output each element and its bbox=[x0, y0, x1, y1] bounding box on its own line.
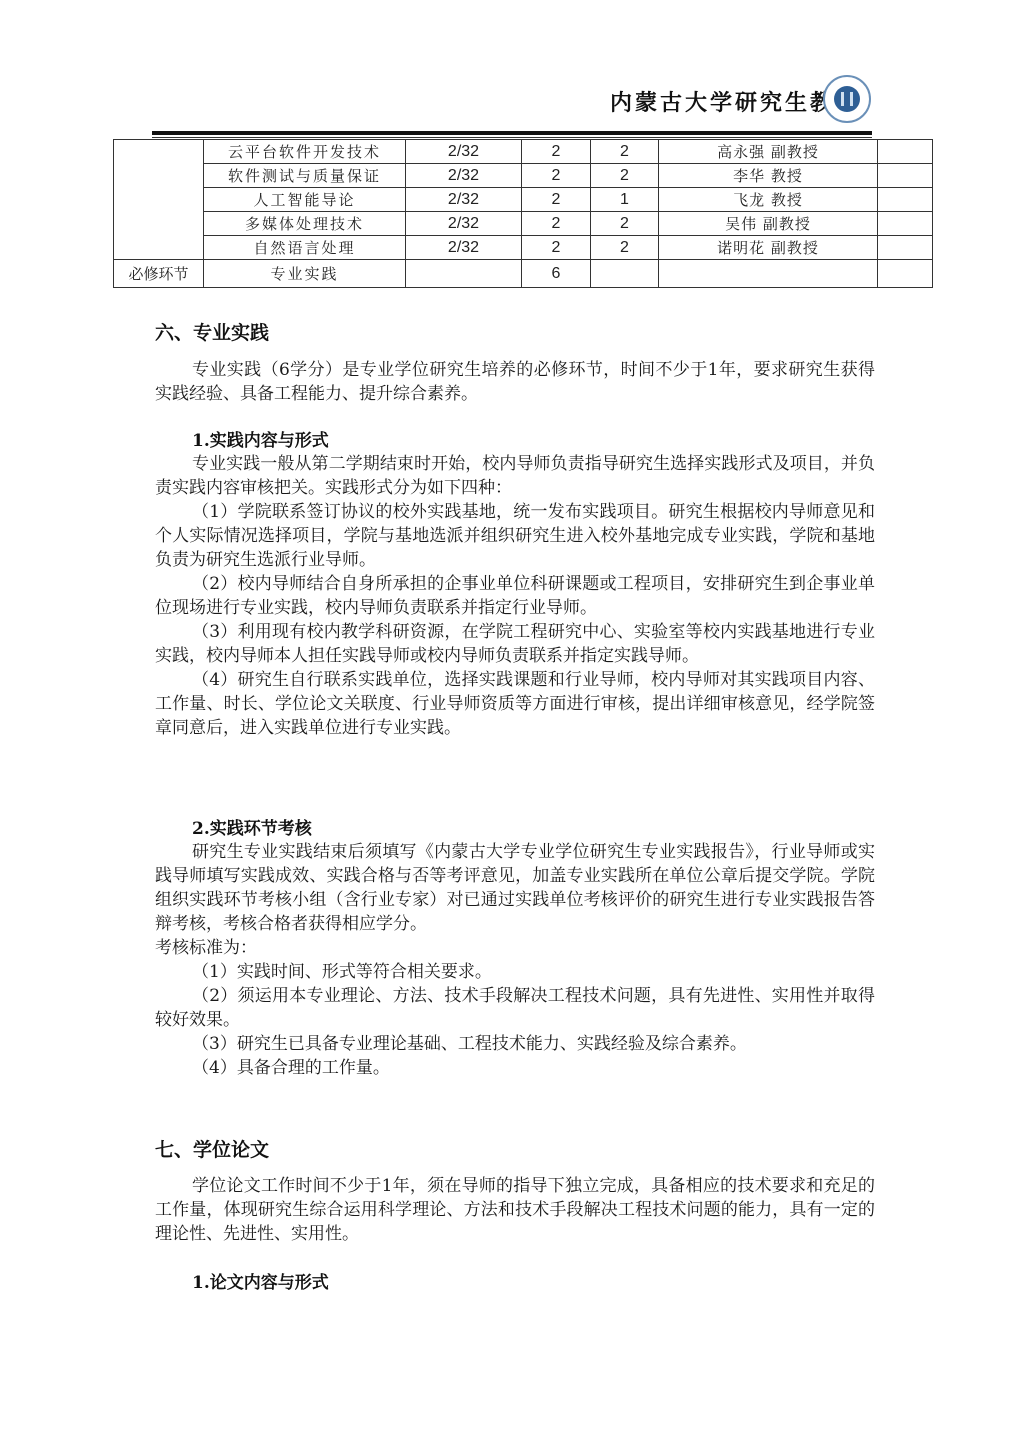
page-header: 内蒙古大学研究生教育 bbox=[0, 0, 1024, 140]
course-teacher: 飞龙 教授 bbox=[659, 188, 878, 212]
course-note bbox=[878, 260, 933, 288]
course-teacher: 吴伟 副教授 bbox=[659, 212, 878, 236]
course-semester bbox=[591, 260, 659, 288]
subsection-title: 2.实践环节考核 bbox=[192, 814, 312, 839]
course-semester: 2 bbox=[591, 236, 659, 260]
category-cell: 必修环节 bbox=[114, 260, 204, 288]
section6-intro: 专业实践（6学分）是专业学位研究生培养的必修环节，时间不少于1年，要求研究生获得… bbox=[155, 358, 875, 406]
course-hours: 2/32 bbox=[406, 236, 522, 260]
table-row: 人工智能导论 2/32 2 1 飞龙 教授 bbox=[114, 188, 933, 212]
course-note bbox=[878, 188, 933, 212]
criteria-item: （4）具备合理的工作量。 bbox=[155, 1056, 875, 1080]
course-hours: 2/32 bbox=[406, 164, 522, 188]
course-table: 云平台软件开发技术 2/32 2 2 高永强 副教授 软件测试与质量保证 2/3… bbox=[113, 139, 933, 288]
table-row: 多媒体处理技术 2/32 2 2 吴伟 副教授 bbox=[114, 212, 933, 236]
course-note bbox=[878, 164, 933, 188]
course-hours bbox=[406, 260, 522, 288]
table-row: 云平台软件开发技术 2/32 2 2 高永强 副教授 bbox=[114, 140, 933, 164]
course-credits: 2 bbox=[522, 212, 591, 236]
course-teacher: 李华 教授 bbox=[659, 164, 878, 188]
subsection-title: 1.论文内容与形式 bbox=[192, 1268, 329, 1293]
subsection-title: 1.实践内容与形式 bbox=[192, 426, 329, 451]
header-rule bbox=[152, 131, 872, 135]
paragraph: （3）利用现有校内教学科研资源，在学院工程研究中心、实验室等校内实践基地进行专业… bbox=[155, 620, 875, 668]
course-semester: 2 bbox=[591, 212, 659, 236]
course-name: 云平台软件开发技术 bbox=[204, 140, 406, 164]
paragraph: 学位论文工作时间不少于1年，须在导师的指导下独立完成，具备相应的技术要求和充足的… bbox=[155, 1174, 875, 1246]
course-hours: 2/32 bbox=[406, 212, 522, 236]
table-row: 软件测试与质量保证 2/32 2 2 李华 教授 bbox=[114, 164, 933, 188]
course-name: 多媒体处理技术 bbox=[204, 212, 406, 236]
paragraph: 专业实践一般从第二学期结束时开始，校内导师负责指导研究生选择实践形式及项目，并负… bbox=[155, 452, 875, 500]
course-note bbox=[878, 236, 933, 260]
paragraph: （1）学院联系签订协议的校外实践基地，统一发布实践项目。研究生根据校内导师意见和… bbox=[155, 500, 875, 572]
course-teacher: 诺明花 副教授 bbox=[659, 236, 878, 260]
paragraph: 研究生专业实践结束后须填写《内蒙古大学专业学位研究生专业实践报告》，行业导师或实… bbox=[155, 840, 875, 936]
criteria-item: （2）须运用本专业理论、方法、技术手段解决工程技术问题，具有先进性、实用性并取得… bbox=[155, 984, 875, 1032]
course-credits: 2 bbox=[522, 164, 591, 188]
course-hours: 2/32 bbox=[406, 188, 522, 212]
section6-sub2-body: 研究生专业实践结束后须填写《内蒙古大学专业学位研究生专业实践报告》，行业导师或实… bbox=[155, 840, 875, 1080]
course-name: 人工智能导论 bbox=[204, 188, 406, 212]
course-name: 自然语言处理 bbox=[204, 236, 406, 260]
course-note bbox=[878, 140, 933, 164]
criteria-item: （3）研究生已具备专业理论基础、工程技术能力、实践经验及综合素养。 bbox=[155, 1032, 875, 1056]
paragraph: （4）研究生自行联系实践单位，选择实践课题和行业导师，校内导师对其实践项目内容、… bbox=[155, 668, 875, 740]
course-credits: 2 bbox=[522, 140, 591, 164]
course-semester: 1 bbox=[591, 188, 659, 212]
course-name: 专业实践 bbox=[204, 260, 406, 288]
course-semester: 2 bbox=[591, 140, 659, 164]
paragraph: （2）校内导师结合自身所承担的企事业单位科研课题或工程项目，安排研究生到企事业单… bbox=[155, 572, 875, 620]
section-title-practice: 六、专业实践 bbox=[155, 318, 269, 345]
section-title-thesis: 七、学位论文 bbox=[155, 1135, 269, 1162]
course-teacher bbox=[659, 260, 878, 288]
paragraph: 专业实践（6学分）是专业学位研究生培养的必修环节，时间不少于1年，要求研究生获得… bbox=[155, 358, 875, 406]
category-cell bbox=[114, 140, 204, 260]
logo-bars bbox=[841, 92, 853, 106]
university-seal-logo-icon bbox=[823, 75, 871, 123]
table-row: 自然语言处理 2/32 2 2 诺明花 副教授 bbox=[114, 236, 933, 260]
course-name: 软件测试与质量保证 bbox=[204, 164, 406, 188]
course-teacher: 高永强 副教授 bbox=[659, 140, 878, 164]
criteria-item: （1）实践时间、形式等符合相关要求。 bbox=[155, 960, 875, 984]
course-credits: 6 bbox=[522, 260, 591, 288]
course-credits: 2 bbox=[522, 236, 591, 260]
course-credits: 2 bbox=[522, 188, 591, 212]
course-note bbox=[878, 212, 933, 236]
course-semester: 2 bbox=[591, 164, 659, 188]
section6-sub1-body: 专业实践一般从第二学期结束时开始，校内导师负责指导研究生选择实践形式及项目，并负… bbox=[155, 452, 875, 740]
paragraph: 考核标准为： bbox=[155, 936, 875, 960]
course-hours: 2/32 bbox=[406, 140, 522, 164]
header-rule-thin bbox=[152, 137, 872, 138]
table-row: 必修环节 专业实践 6 bbox=[114, 260, 933, 288]
section7-intro: 学位论文工作时间不少于1年，须在导师的指导下独立完成，具备相应的技术要求和充足的… bbox=[155, 1174, 875, 1246]
